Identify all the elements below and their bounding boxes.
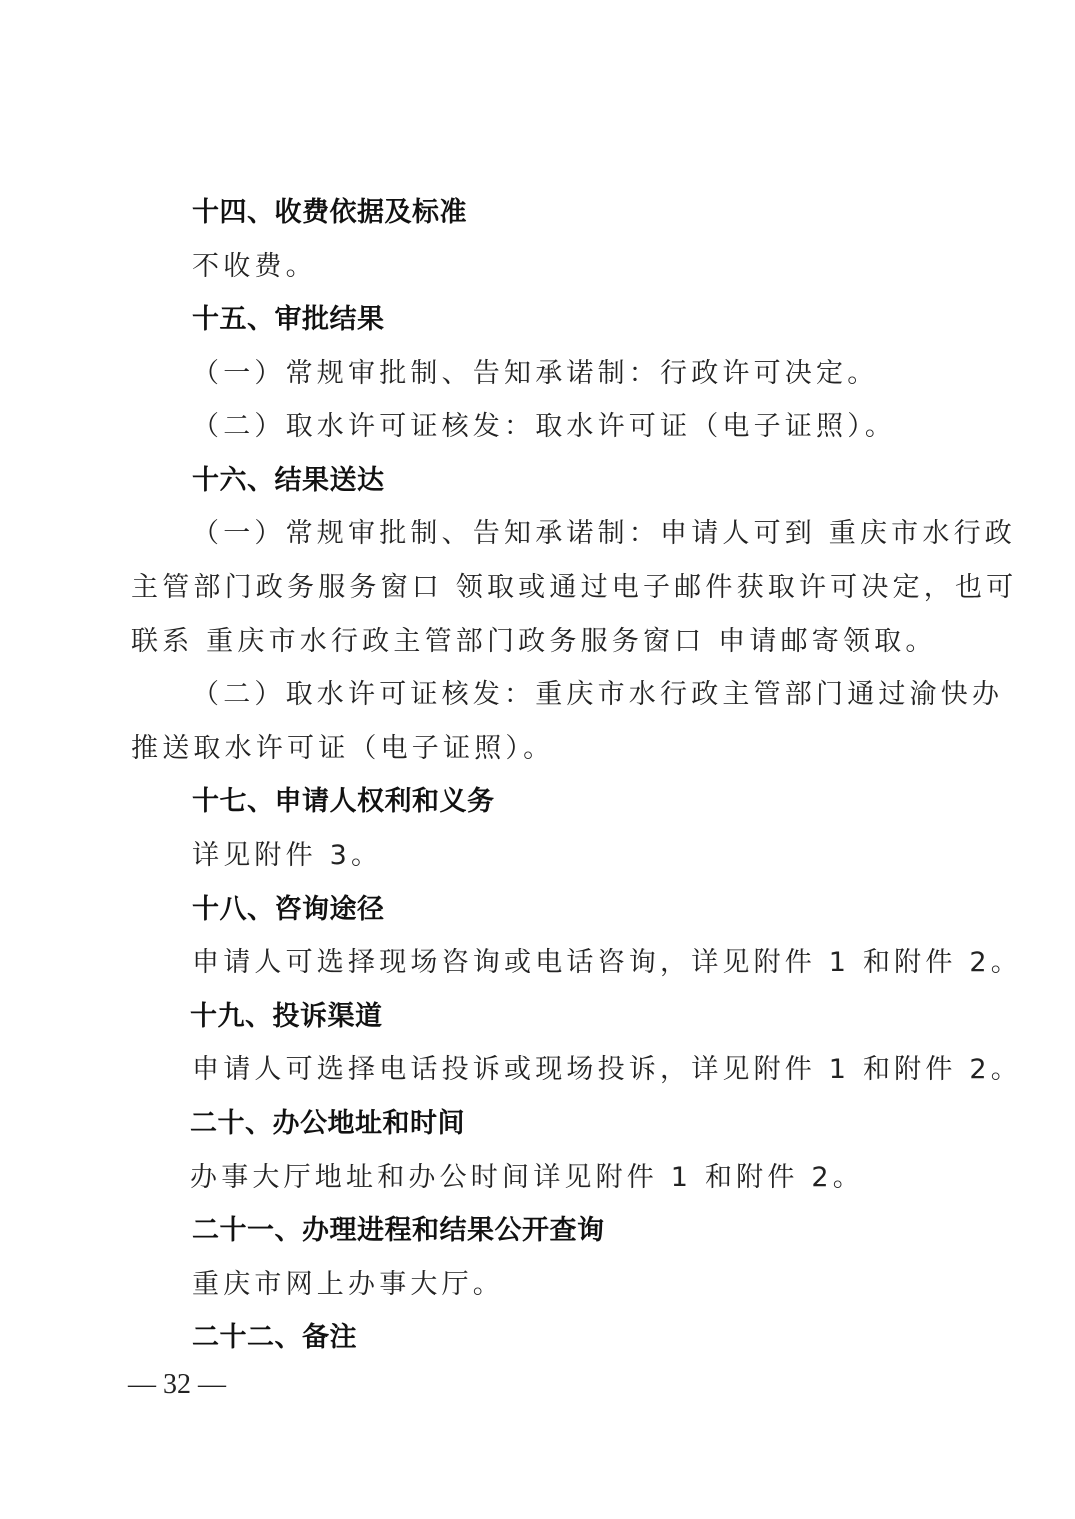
- section-heading-14: 十四、收费依据及标准: [192, 196, 467, 230]
- paragraph-line: （二）取水许可证核发：重庆市水行政主管部门通过渝快办: [192, 678, 1003, 712]
- paragraph: 申请人可选择电话投诉或现场投诉，详见附件 1 和附件 2。: [192, 1053, 1022, 1087]
- paragraph-line: 联系 重庆市水行政主管部门政务服务窗口 申请邮寄领取。: [131, 625, 937, 659]
- section-heading-15: 十五、审批结果: [192, 303, 385, 337]
- section-heading-19: 十九、投诉渠道: [190, 1000, 383, 1034]
- paragraph-line: 主管部门政务服务窗口 领取或通过电子邮件获取许可决定，也可: [131, 571, 1017, 605]
- paragraph: 详见附件 3。: [192, 839, 382, 873]
- section-heading-21: 二十一、办理进程和结果公开查询: [192, 1214, 605, 1248]
- section-heading-20: 二十、办公地址和时间: [190, 1107, 465, 1141]
- paragraph: 办事大厅地址和办公时间详见附件 1 和附件 2。: [190, 1161, 864, 1195]
- paragraph: （二）取水许可证核发：取水许可证（电子证照）。: [192, 410, 896, 444]
- page-number: — 32 —: [128, 1368, 226, 1402]
- section-heading-18: 十八、咨询途径: [192, 893, 385, 927]
- paragraph-line: 推送取水许可证（电子证照）。: [131, 732, 554, 766]
- paragraph-line: （一）常规审批制、告知承诺制：申请人可到 重庆市水行政: [192, 517, 1016, 551]
- section-heading-17: 十七、申请人权利和义务: [192, 785, 495, 819]
- paragraph: （一）常规审批制、告知承诺制：行政许可决定。: [192, 357, 878, 391]
- paragraph: 申请人可选择现场咨询或电话咨询，详见附件 1 和附件 2。: [192, 946, 1022, 980]
- document-page: 十四、收费依据及标准 不收费。 十五、审批结果 （一）常规审批制、告知承诺制：行…: [0, 0, 1075, 1519]
- section-heading-16: 十六、结果送达: [192, 464, 385, 498]
- section-heading-22: 二十二、备注: [192, 1321, 357, 1355]
- paragraph: 不收费。: [192, 250, 317, 284]
- paragraph: 重庆市网上办事大厅。: [192, 1268, 504, 1302]
